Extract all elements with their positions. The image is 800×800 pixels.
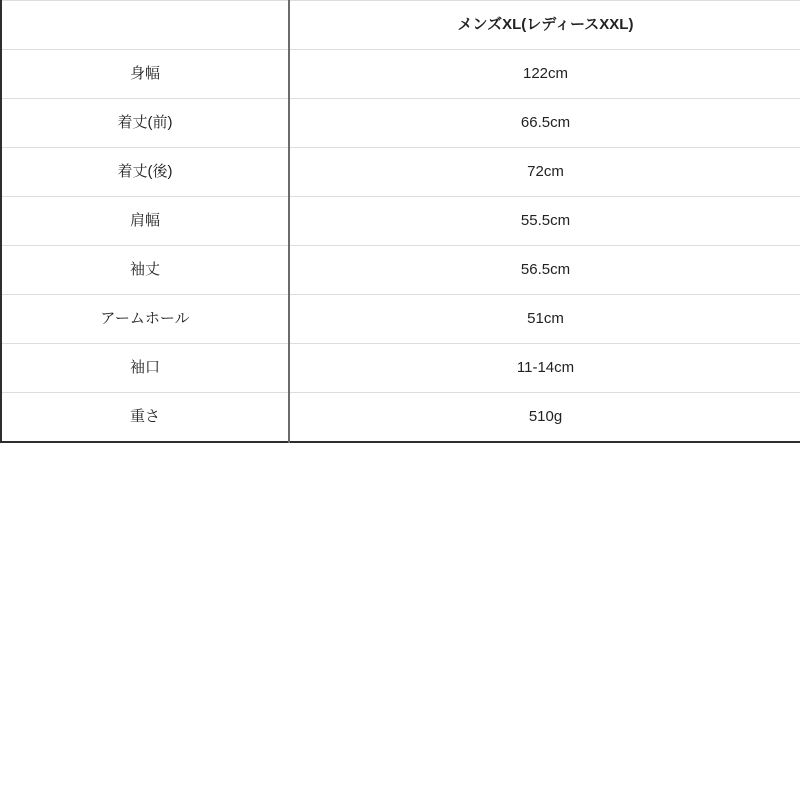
measurement-label: 着丈(後) — [1, 148, 289, 197]
measurement-label: 袖丈 — [1, 246, 289, 295]
measurement-value: 122cm — [289, 50, 800, 99]
measurement-value: 72cm — [289, 148, 800, 197]
table-row: 袖丈 56.5cm — [1, 246, 800, 295]
measurement-label: 袖口 — [1, 344, 289, 393]
measurement-value: 510g — [289, 393, 800, 443]
measurement-value: 51cm — [289, 295, 800, 344]
table-row: 着丈(前) 66.5cm — [1, 99, 800, 148]
measurement-value: 55.5cm — [289, 197, 800, 246]
table-row: 重さ 510g — [1, 393, 800, 443]
measurement-value: 11-14cm — [289, 344, 800, 393]
header-label-cell — [1, 1, 289, 50]
size-chart-body: 身幅 122cm 着丈(前) 66.5cm 着丈(後) 72cm 肩幅 55.5… — [1, 50, 800, 443]
measurement-label: 重さ — [1, 393, 289, 443]
header-size-cell: メンズXL(レディースXXL) — [289, 1, 800, 50]
measurement-label: 肩幅 — [1, 197, 289, 246]
measurement-label: 着丈(前) — [1, 99, 289, 148]
table-header-row: メンズXL(レディースXXL) — [1, 1, 800, 50]
table-row: 身幅 122cm — [1, 50, 800, 99]
measurement-label: 身幅 — [1, 50, 289, 99]
measurement-value: 66.5cm — [289, 99, 800, 148]
size-chart-table: メンズXL(レディースXXL) 身幅 122cm 着丈(前) 66.5cm 着丈… — [0, 0, 800, 443]
table-row: 着丈(後) 72cm — [1, 148, 800, 197]
table-row: 袖口 11-14cm — [1, 344, 800, 393]
table-row: アームホール 51cm — [1, 295, 800, 344]
measurement-value: 56.5cm — [289, 246, 800, 295]
table-row: 肩幅 55.5cm — [1, 197, 800, 246]
measurement-label: アームホール — [1, 295, 289, 344]
size-chart-header: メンズXL(レディースXXL) — [1, 1, 800, 50]
